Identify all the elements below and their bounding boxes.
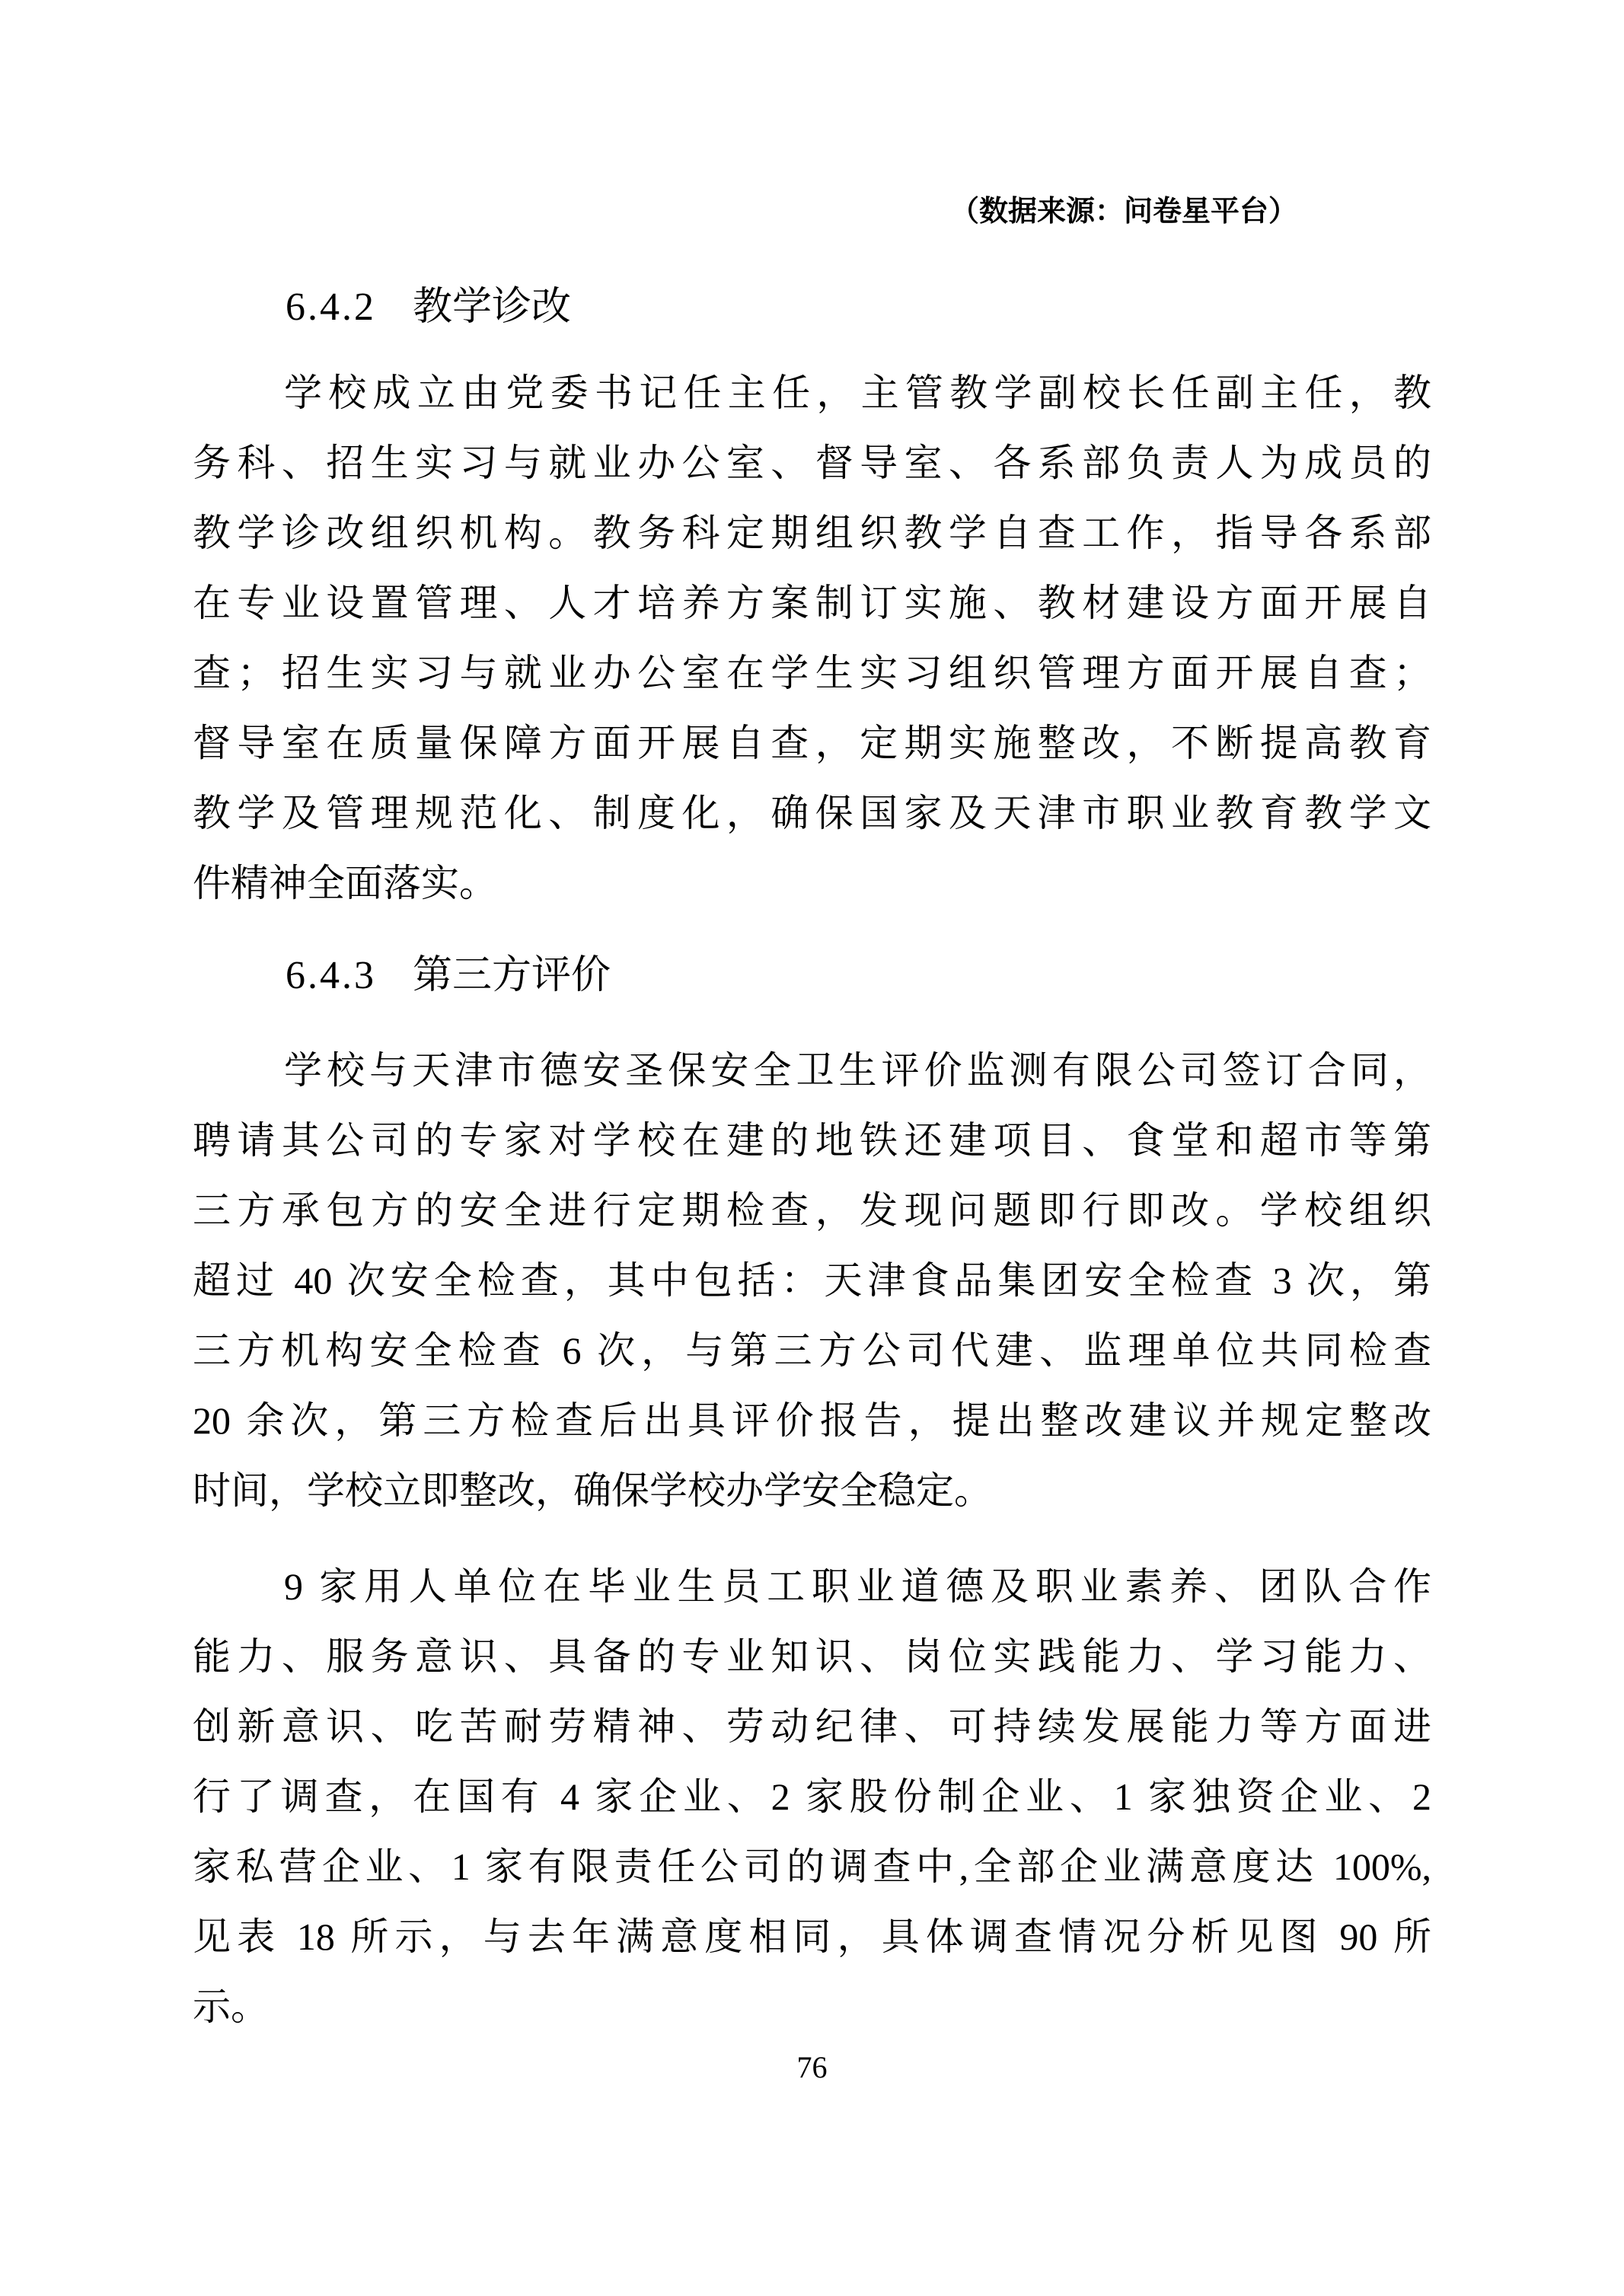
text-line: 学校与天津市德安圣保安全卫生评价监测有限公司签订合同， — [193, 1035, 1431, 1105]
text-line: 务科、招生实习与就业办公室、督导室、各系部负责人为成员的 — [193, 428, 1431, 498]
text-line: 教学诊改组织机构。教务科定期组织教学自查工作，指导各系部 — [193, 498, 1431, 568]
section-number: 6.4.2 — [286, 285, 376, 329]
paragraph: 学校成立由党委书记任主任，主管教学副校长任副主任，教 务科、招生实习与就业办公室… — [193, 358, 1431, 918]
section-heading-643: 6.4.3第三方评价 — [193, 952, 1431, 1000]
text-line: 三方机构安全检查 6 次，与第三方公司代建、监理单位共同检查 — [193, 1315, 1431, 1386]
data-source-note: （数据来源：问卷星平台） — [193, 189, 1431, 234]
text-line: 时间，学校立即整改，确保学校办学安全稳定。 — [193, 1456, 1431, 1526]
section-title: 教学诊改 — [413, 285, 571, 329]
text-line: 20 余次，第三方检查后出具评价报告，提出整改建议并规定整改 — [193, 1386, 1431, 1456]
page-number: 76 — [193, 2046, 1431, 2089]
document-page: （数据来源：问卷星平台） 6.4.2教学诊改 学校成立由党委书记任主任，主管教学… — [0, 0, 1624, 2296]
text-line: 三方承包方的安全进行定期检查，发现问题即行即改。学校组织 — [193, 1175, 1431, 1245]
text-line: 行了调查，在国有 4 家企业、2 家股份制企业、1 家独资企业、2 — [193, 1762, 1431, 1832]
text-line: 在专业设置管理、人才培养方案制订实施、教材建设方面开展自 — [193, 568, 1431, 638]
text-line: 教学及管理规范化、制度化，确保国家及天津市职业教育教学文 — [193, 778, 1431, 848]
text-line: 查；招生实习与就业办公室在学生实习组织管理方面开展自查； — [193, 638, 1431, 708]
paragraph: 9 家用人单位在毕业生员工职业道德及职业素养、团队合作 能力、服务意识、具备的专… — [193, 1551, 1431, 2042]
text-line: 示。 — [193, 1972, 1431, 2042]
text-line: 家私营企业、1 家有限责任公司的调查中,全部企业满意度达 100%, — [193, 1832, 1431, 1902]
text-line: 件精神全面落实。 — [193, 848, 1431, 918]
text-line: 能力、服务意识、具备的专业知识、岗位实践能力、学习能力、 — [193, 1622, 1431, 1692]
section-number: 6.4.3 — [286, 954, 376, 997]
section-title: 第三方评价 — [413, 954, 611, 997]
section-heading-642: 6.4.2教学诊改 — [193, 283, 1431, 332]
text-line: 聘请其公司的专家对学校在建的地铁还建项目、食堂和超市等第 — [193, 1105, 1431, 1175]
text-line: 见表 18 所示，与去年满意度相同，具体调查情况分析见图 90 所 — [193, 1902, 1431, 1972]
text-line: 超过 40 次安全检查，其中包括：天津食品集团安全检查 3 次，第 — [193, 1245, 1431, 1315]
text-line: 9 家用人单位在毕业生员工职业道德及职业素养、团队合作 — [193, 1551, 1431, 1622]
text-line: 学校成立由党委书记任主任，主管教学副校长任副主任，教 — [193, 358, 1431, 428]
paragraph: 学校与天津市德安圣保安全卫生评价监测有限公司签订合同， 聘请其公司的专家对学校在… — [193, 1035, 1431, 1526]
text-line: 督导室在质量保障方面开展自查，定期实施整改，不断提高教育 — [193, 708, 1431, 778]
text-line: 创新意识、吃苦耐劳精神、劳动纪律、可持续发展能力等方面进 — [193, 1692, 1431, 1762]
